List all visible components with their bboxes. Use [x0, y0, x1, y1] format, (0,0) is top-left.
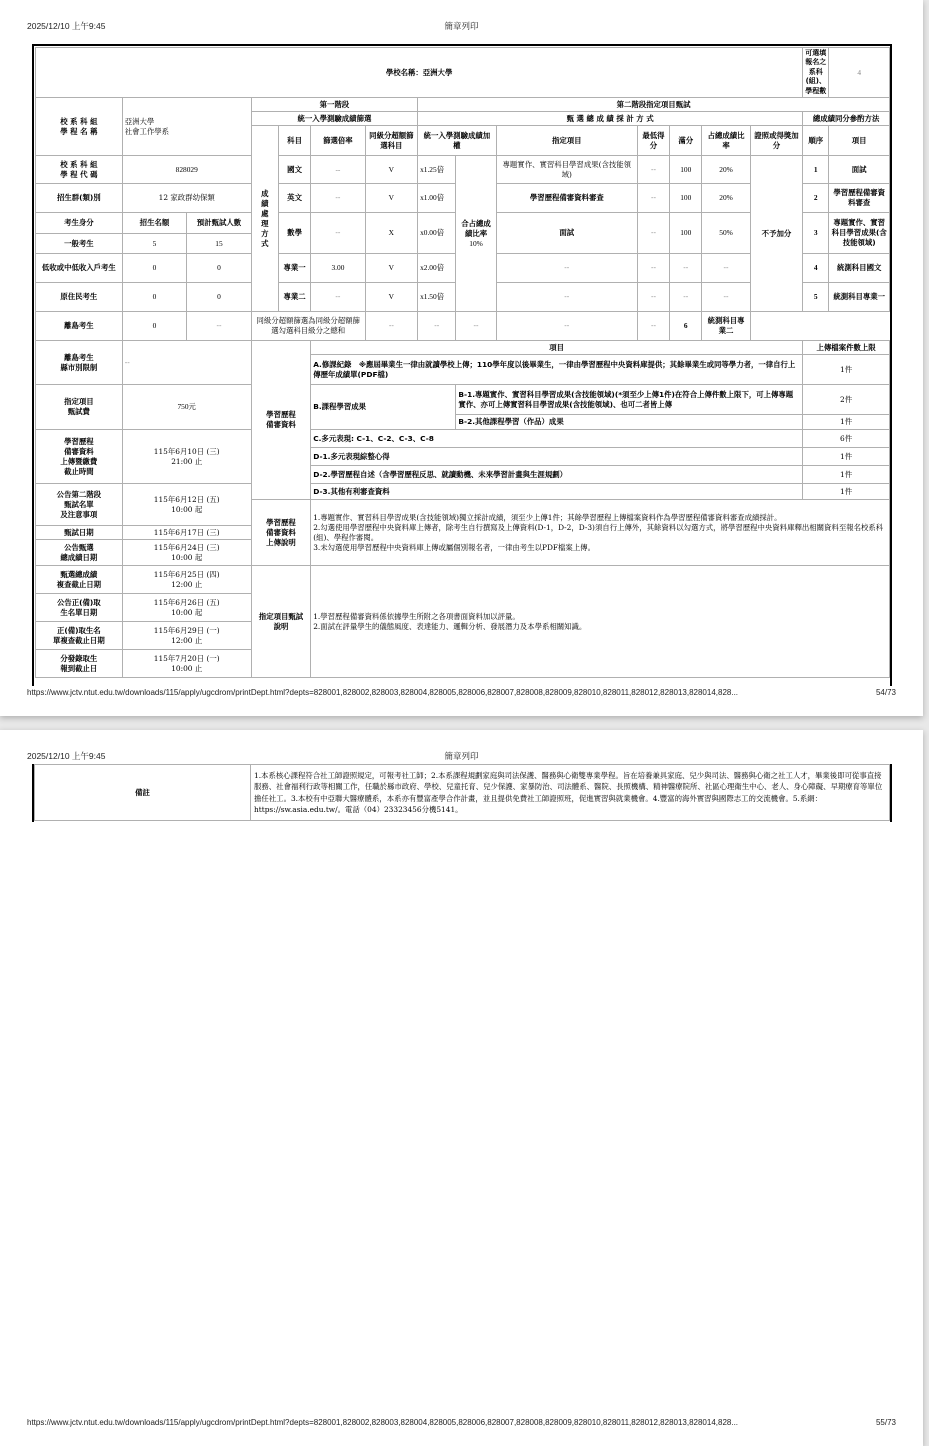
- portfolio-item-c: C.多元表現: C-1、C-2、C-3、C-8: [311, 430, 803, 448]
- subject-cell: 專業二: [278, 283, 310, 312]
- quota-row-quota: 0: [122, 283, 187, 312]
- portfolio-item-b: B.課程學習成果: [311, 385, 456, 430]
- portfolio-item-a: A.修課紀錄 ※應屆畢業生一律由就讀學校上傳；110學年度以後畢業生，一律由學習…: [311, 355, 803, 385]
- print-url: https://www.jctv.ntut.edu.tw/downloads/1…: [27, 688, 738, 697]
- order-cell: 2: [803, 184, 829, 213]
- order-cell: 3: [803, 213, 829, 254]
- info-value: 115年6月17日 (三): [122, 526, 251, 540]
- stage2-item-cell: --: [418, 312, 456, 341]
- stage2-item-cell: --: [496, 283, 637, 312]
- method-label: 成績處理方式: [251, 126, 278, 312]
- group-value: 12 家政群幼保類: [122, 184, 251, 213]
- print-footer: https://www.jctv.ntut.edu.tw/downloads/1…: [27, 1418, 896, 1430]
- pct-cell: 20%: [702, 184, 750, 213]
- quota-row-label: 原住民考生: [36, 283, 123, 312]
- quota-row-quota: 0: [122, 254, 187, 283]
- admission-table: 學校名稱：亞洲大學 可選填報名之系科(組)、學程數 4 校 系 科 組 學 程 …: [35, 47, 890, 678]
- tiebreak-title: 總成績同分參酌方法: [803, 112, 890, 126]
- min-cell: --: [637, 254, 669, 283]
- weight-cell: x1.50倍: [418, 283, 456, 312]
- weight-cell: x1.00倍: [418, 184, 456, 213]
- remarks-table: 備註 1.本系核心課程符合社工師證照規定，可報考社工師；2.本系課程規劃家庭與司…: [34, 764, 890, 821]
- header-tiebreak-item: 項目: [829, 126, 890, 156]
- upload-notes: 1.專題實作、實習科目學習成果(含技能領域)獨立採計成績，須至少上傳1件；其餘學…: [311, 500, 890, 566]
- tiebreak-item-cell: 學習歷程備審資料審查: [829, 184, 890, 213]
- portfolio-header-item: 項目: [311, 341, 803, 355]
- portfolio-header-limit: 上傳檔案件數上限: [803, 341, 890, 355]
- tiebreak-item-cell: 面試: [829, 156, 890, 184]
- info-label: 離島考生 縣市別限制: [36, 341, 123, 385]
- choices-value: 4: [829, 48, 890, 98]
- print-header: 2025/12/10 上午9:45 簡章列印: [27, 750, 896, 764]
- quota-row-expected: --: [187, 312, 252, 341]
- full-cell: 100: [670, 213, 702, 254]
- ratio-cell: --: [311, 184, 365, 213]
- tie-cell: V: [365, 254, 417, 283]
- info-value: 115年6月12日 (五) 10:00 起: [122, 484, 251, 526]
- print-page-2: 2025/12/10 上午9:45 簡章列印 備註 1.本系核心課程符合社工師證…: [0, 730, 923, 1446]
- page-number: 54/73: [876, 688, 896, 697]
- portfolio-item-b2: B-2.其他課程學習（作品）成果: [456, 415, 803, 430]
- weight-cell: x1.25倍: [418, 156, 456, 184]
- tiebreak-item-cell: 專題實作、實習科目學習成果(含技能領域): [829, 213, 890, 254]
- header-ratio: 篩選倍率: [311, 126, 365, 156]
- page-number: 55/73: [876, 1418, 896, 1427]
- ratio-cell: --: [311, 283, 365, 312]
- pct-cell: 20%: [702, 156, 750, 184]
- exam-notes: 1.學習歷程備審資料係依據學生所附之各項書面資料加以評量。 2.面試在評量學生的…: [311, 566, 890, 678]
- ratio-cell: --: [311, 156, 365, 184]
- stage2-title: 第二階段指定項目甄試: [418, 98, 890, 112]
- ratio-cell: 3.00: [311, 254, 365, 283]
- print-header: 2025/12/10 上午9:45 簡章列印: [27, 20, 896, 34]
- portfolio-limit-d3: 1件: [803, 484, 890, 500]
- info-value: 115年6月29日 (一) 12:00 止: [122, 622, 251, 650]
- tie-note-value: --: [365, 312, 417, 341]
- header-order: 順序: [803, 126, 829, 156]
- header-item: 指定項目: [496, 126, 637, 156]
- quota-row-label: 一般考生: [36, 234, 123, 254]
- portfolio-label: 學習歷程 備審資料: [251, 341, 310, 500]
- full-cell: --: [496, 312, 637, 341]
- portfolio-limit-b1: 2件: [803, 385, 890, 415]
- portfolio-limit-a: 1件: [803, 355, 890, 385]
- tie-cell: V: [365, 156, 417, 184]
- remarks-label: 備註: [35, 765, 251, 821]
- exam-notes-label: 指定項目甄試 說明: [251, 566, 310, 678]
- portfolio-limit-d2: 1件: [803, 466, 890, 484]
- order-cell: 1: [803, 156, 829, 184]
- info-value: 115年6月10日 (三) 21:00 止: [122, 430, 251, 484]
- quota-header-quota: 招生名額: [122, 213, 187, 234]
- info-label: 公告第二階段 甄試名單 及注意事項: [36, 484, 123, 526]
- order-cell: 6: [670, 312, 702, 341]
- portfolio-limit-b2: 1件: [803, 415, 890, 430]
- quota-row-expected: 0: [187, 254, 252, 283]
- quota-header-expected: 預計甄試人數: [187, 213, 252, 234]
- pct-cell: --: [702, 283, 750, 312]
- tiebreak-item-cell: 統測科目國文: [829, 254, 890, 283]
- stage1-subtitle: 統一入學測驗成績篩選: [251, 112, 417, 126]
- quota-row-expected: 15: [187, 234, 252, 254]
- combined-ratio: 合占總成績比率 10%: [456, 156, 496, 312]
- school-name: 學校名稱：亞洲大學: [36, 48, 803, 98]
- info-value: 115年6月25日 (四) 12:00 止: [122, 566, 251, 594]
- order-cell: 4: [803, 254, 829, 283]
- pct-cell: --: [702, 254, 750, 283]
- info-label: 公告正(備)取 生名單日期: [36, 594, 123, 622]
- portfolio-limit-d1: 1件: [803, 448, 890, 466]
- min-cell: --: [456, 312, 496, 341]
- info-label: 甄試日期: [36, 526, 123, 540]
- info-label: 學習歷程 備審資料 上傳暨繳費 截止時間: [36, 430, 123, 484]
- quota-row-expected: 0: [187, 283, 252, 312]
- stage2-item-cell: 專題實作、實習科目學習成果(含技能領域): [496, 156, 637, 184]
- subject-cell: 數學: [278, 213, 310, 254]
- dept-name-label: 校 系 科 組 學 程 名 稱: [36, 98, 123, 156]
- stage1-title: 第一階段: [251, 98, 417, 112]
- print-page-1: 2025/12/10 上午9:45 簡章列印 學校名稱：亞洲大學 可選填報名之系…: [0, 0, 923, 716]
- choices-label: 可選填報名之系科(組)、學程數: [803, 48, 829, 98]
- weight-cell: x0.00倍: [418, 213, 456, 254]
- full-cell: 100: [670, 156, 702, 184]
- full-cell: --: [670, 283, 702, 312]
- tiebreak-item-cell: 統測科目專業二: [702, 312, 750, 341]
- bonus-cell: 不予加分: [750, 156, 802, 312]
- min-cell: --: [637, 213, 669, 254]
- info-label: 正(備)取生名 單複查截止日期: [36, 622, 123, 650]
- info-label: 指定項目 甄試費: [36, 385, 123, 430]
- pct-cell: 50%: [702, 213, 750, 254]
- weight-cell: x2.00倍: [418, 254, 456, 283]
- stage2-subtitle: 甄 選 總 成 績 採 計 方 式: [418, 112, 803, 126]
- group-label: 招生群(類)別: [36, 184, 123, 213]
- info-value: 750元: [122, 385, 251, 430]
- full-cell: --: [670, 254, 702, 283]
- quota-row-quota: 0: [122, 312, 187, 341]
- subject-cell: 國文: [278, 156, 310, 184]
- tiebreak-item-cell: 統測科目專業一: [829, 283, 890, 312]
- info-value: 115年7月20日 (一) 10:00 止: [122, 650, 251, 678]
- info-value: 115年6月26日 (五) 10:00 起: [122, 594, 251, 622]
- tie-cell: X: [365, 213, 417, 254]
- header-full: 滿分: [670, 126, 702, 156]
- header-weight: 統一入學測驗成績加權: [418, 126, 497, 156]
- header-pct: 占總成績比率: [702, 126, 750, 156]
- info-label: 公告甄選 總成績日期: [36, 540, 123, 566]
- stage2-item-cell: 學習歷程備審資料審查: [496, 184, 637, 213]
- dept-code-label: 校 系 科 組 學 程 代 碼: [36, 156, 123, 184]
- portfolio-item-d1: D-1.多元表現綜整心得: [311, 448, 803, 466]
- stage2-item-cell: 面試: [496, 213, 637, 254]
- header-bonus: 證照或得獎加分: [750, 126, 802, 156]
- quota-header-identity: 考生身分: [36, 213, 123, 234]
- tie-note: 同級分超額篩選為同級分超額篩選勾選科目級分之總和: [251, 312, 365, 341]
- print-footer: https://www.jctv.ntut.edu.tw/downloads/1…: [27, 688, 896, 700]
- quota-row-quota: 5: [122, 234, 187, 254]
- tie-cell: V: [365, 283, 417, 312]
- portfolio-limit-c: 6件: [803, 430, 890, 448]
- tie-cell: V: [365, 184, 417, 213]
- pct-cell: --: [637, 312, 669, 341]
- info-label: 分發錄取生 報到截止日: [36, 650, 123, 678]
- info-value: 115年6月24日 (三) 10:00 起: [122, 540, 251, 566]
- remarks-text: 1.本系核心課程符合社工師證照規定，可報考社工師；2.本系課程規劃家庭與司法保護…: [251, 765, 890, 821]
- min-cell: --: [637, 184, 669, 213]
- portfolio-item-d3: D-3.其他有利審查資料: [311, 484, 803, 500]
- quota-row-label: 低收或中低收入戶考生: [36, 254, 123, 283]
- info-value: --: [122, 341, 251, 385]
- upload-notes-label: 學習歷程 備審資料 上傳說明: [251, 500, 310, 566]
- print-url: https://www.jctv.ntut.edu.tw/downloads/1…: [27, 1418, 738, 1427]
- min-cell: --: [637, 156, 669, 184]
- order-cell: 5: [803, 283, 829, 312]
- info-label: 甄選總成績 複查截止日期: [36, 566, 123, 594]
- dept-name-value: 亞洲大學社會工作學系: [122, 98, 251, 156]
- subject-cell: 專業一: [278, 254, 310, 283]
- stage2-item-cell: --: [496, 254, 637, 283]
- portfolio-item-b1: B-1.專題實作、實習科目學習成果(含技能領域)(*須至少上傳1件)在符合上傳件…: [456, 385, 803, 415]
- min-cell: --: [637, 283, 669, 312]
- quota-row-label: 離島考生: [36, 312, 123, 341]
- subject-cell: 英文: [278, 184, 310, 213]
- ratio-cell: --: [311, 213, 365, 254]
- header-tie: 同級分超額篩選科目: [365, 126, 417, 156]
- header-min: 最低得分: [637, 126, 669, 156]
- print-title: 簡章列印: [27, 20, 896, 32]
- dept-code-value: 828029: [122, 156, 251, 184]
- portfolio-item-d2: D-2.學習歷程自述（含學習歷程反思、就讀動機、未來學習計畫與生涯規劃）: [311, 466, 803, 484]
- print-title: 簡章列印: [27, 750, 896, 762]
- header-subject: 科目: [278, 126, 310, 156]
- full-cell: 100: [670, 184, 702, 213]
